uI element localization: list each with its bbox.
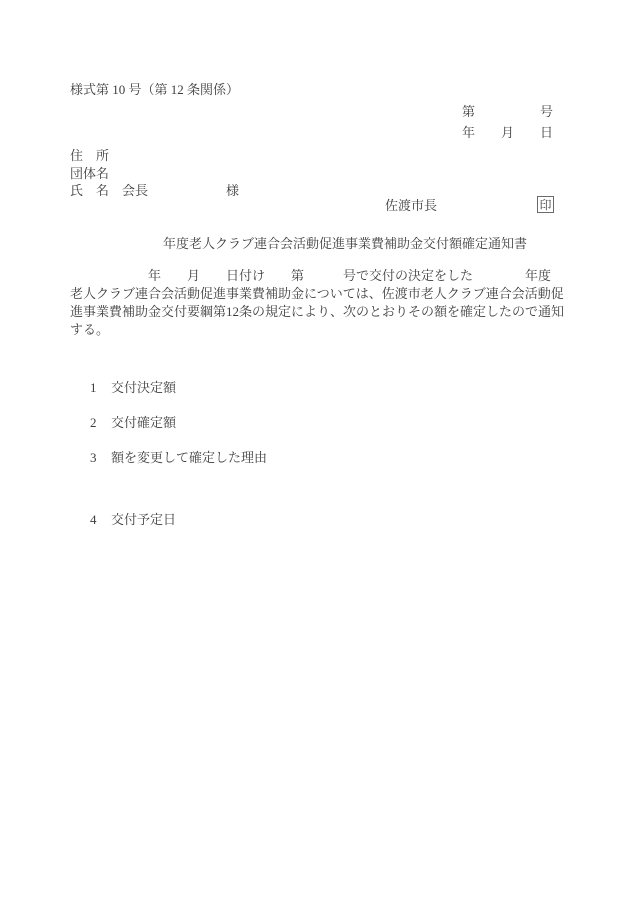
list-item: 4交付予定日 [77,499,176,541]
item-label: 交付予定日 [111,512,176,527]
recipient-organization-label: 団体名 [70,167,109,181]
body-paragraph: 年 月 日付け 第 号で交付の決定をした 年度 老人クラブ連合会活動促進事業費補… [70,267,580,339]
recipient-name-line: 氏 名 会長 様 [70,184,239,198]
body-line: 進事業費補助金交付要綱第12条の規定により、次のとおりその額を確定したので通知 [70,303,580,321]
sender-mayor-title: 佐渡市長 [385,199,437,213]
body-line: する。 [70,321,580,339]
item-number: 4 [90,513,98,527]
item-number: 1 [90,381,98,395]
document-page: 様式第 10 号（第 12 条関係） 第 号 年 月 日 住 所 団体名 氏 名… [0,0,630,915]
document-title: 年度老人クラブ連合会活動促進事業費補助金交付額確定通知書 [163,237,527,251]
recipient-address-label: 住 所 [70,149,109,163]
body-line: 年 月 日付け 第 号で交付の決定をした 年度 [70,267,580,285]
body-line: 老人クラブ連合会活動促進事業費補助金については、佐渡市老人クラブ連合会活動促 [70,285,580,303]
item-number: 2 [90,416,98,430]
item-label: 額を変更して確定した理由 [111,450,267,465]
item-label: 交付確定額 [111,415,176,430]
seal-box: 印 [537,196,554,213]
list-item: 3額を変更して確定した理由 [77,437,267,479]
doc-number-line: 第 号 [462,105,553,119]
date-line: 年 月 日 [462,126,553,140]
item-number: 3 [90,451,98,465]
seal-mark: 印 [539,199,551,211]
item-label: 交付決定額 [111,380,176,395]
form-number: 様式第 10 号（第 12 条関係） [70,83,239,97]
